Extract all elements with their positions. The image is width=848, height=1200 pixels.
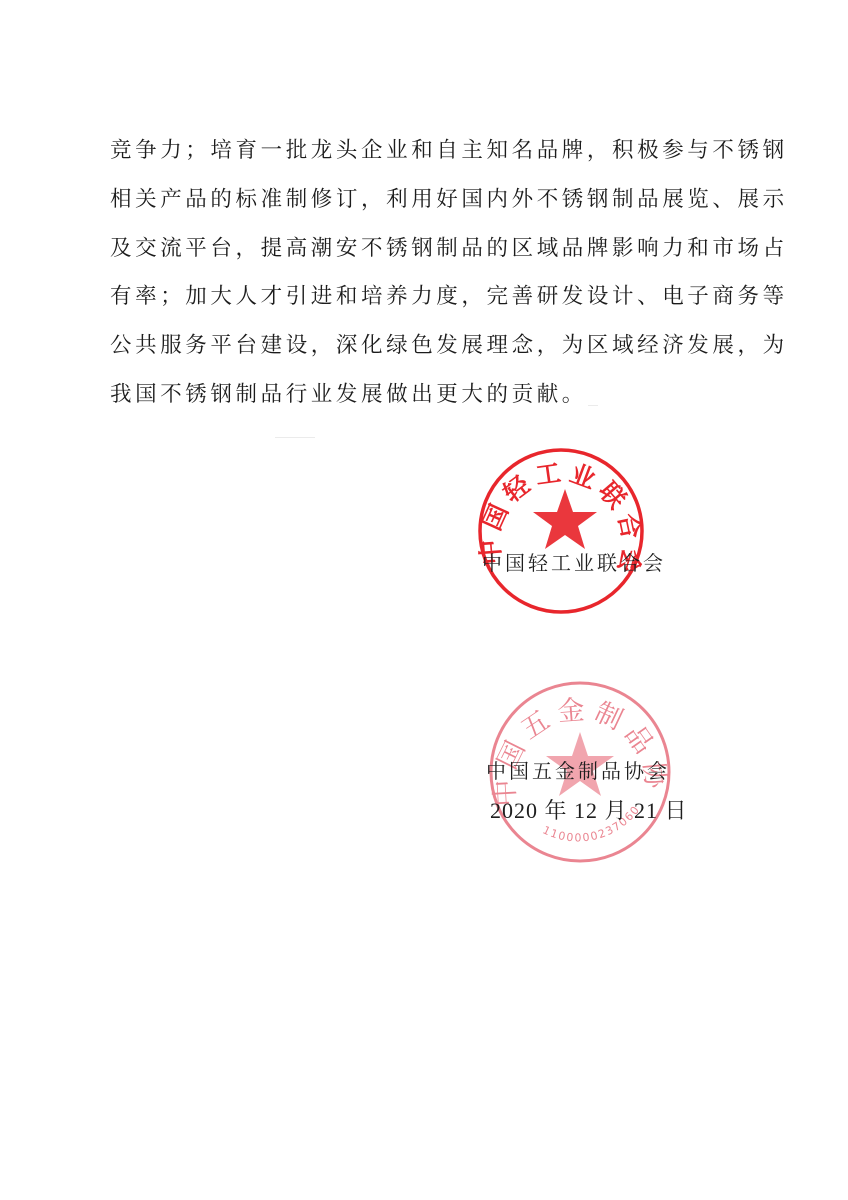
scan-artifact [275,437,315,438]
body-line: 我国不锈钢制品行业发展做出更大的贡献。 [110,371,740,420]
official-seal-light-industry: 中国轻工业联合会 [476,446,646,616]
signatory-light-industry: 中国轻工业联合会 [482,547,666,576]
scan-artifact [588,405,598,406]
body-line: 及交流平台，提高潮安不锈钢制品的区域品牌影响力和市场占 [110,225,740,274]
body-line: 相关产品的标准制修订，利用好国内外不锈钢制品展览、展示 [110,176,740,225]
body-paragraph: 竞争力；培育一批龙头企业和自主知名品牌，积极参与不锈钢 相关产品的标准制修订，利… [110,127,740,420]
signatory-hardware-association: 中国五金制品协会 [486,755,670,784]
star-icon [533,489,597,549]
body-line: 公共服务平台建设，深化绿色发展理念，为区域经济发展，为 [110,322,740,371]
body-line: 竞争力；培育一批龙头企业和自主知名品牌，积极参与不锈钢 [110,127,740,176]
seal-graphic: 中国轻工业联合会 [476,446,646,616]
document-page: 竞争力；培育一批龙头企业和自主知名品牌，积极参与不锈钢 相关产品的标准制修订，利… [0,0,848,1200]
signing-date: 2020 年 12 月 21 日 [490,794,688,825]
body-line: 有率；加大人才引进和培养力度，完善研发设计、电子商务等 [110,273,740,322]
